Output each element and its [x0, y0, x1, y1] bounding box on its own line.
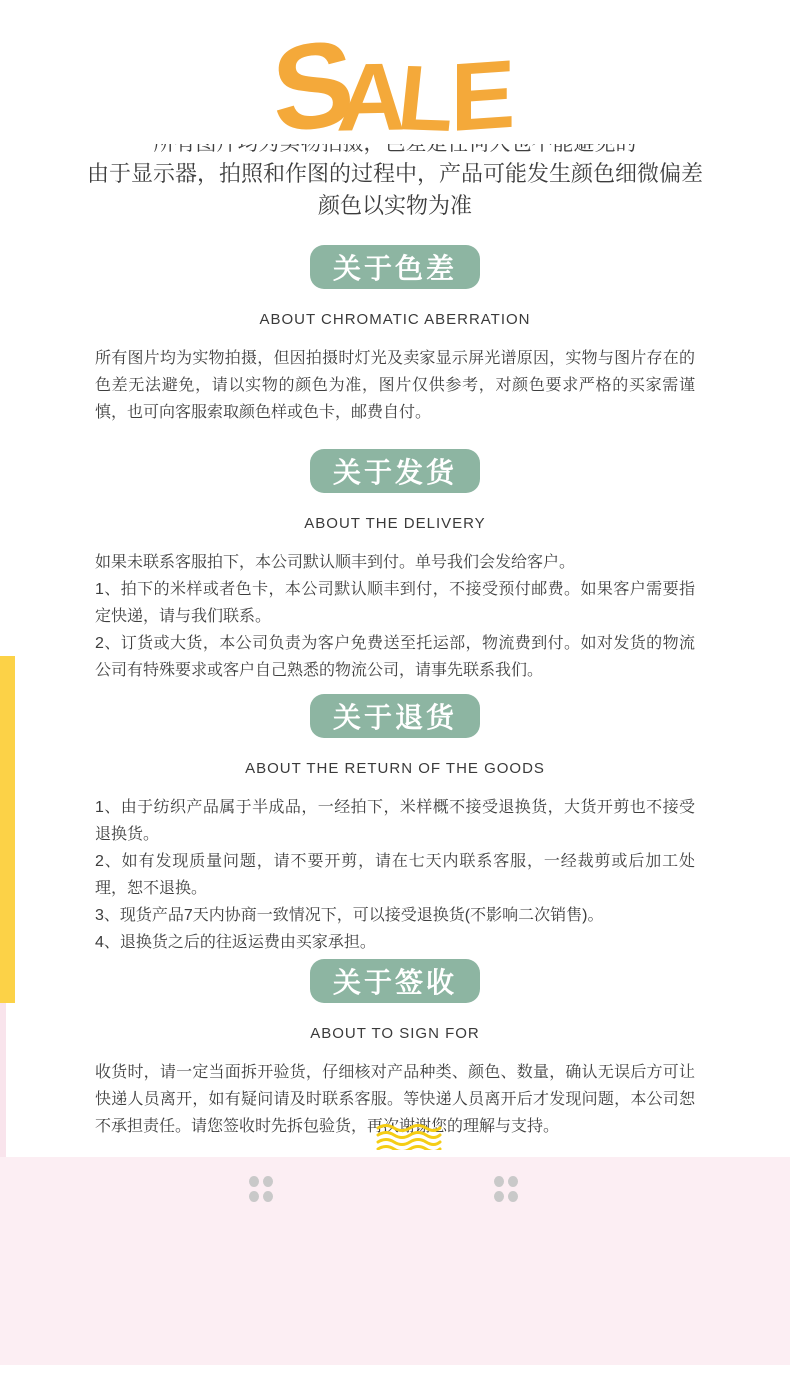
section-body: 所有图片均为实物拍摄，但因拍摄时灯光及卖家显示屏光谱原因，实物与图片存在的色差无…	[95, 345, 695, 426]
section-subtitle: ABOUT CHROMATIC ABERRATION	[0, 311, 790, 328]
dot-grid-pattern	[494, 1176, 518, 1202]
paragraph: 所有图片均为实物拍摄，但因拍摄时灯光及卖家显示屏光谱原因，实物与图片存在的色差无…	[95, 345, 695, 426]
section-title-pill: 关于发货	[310, 449, 480, 493]
sale-letter-s: S	[270, 28, 357, 144]
sale-letter-e: E	[451, 50, 516, 140]
section-delivery: 关于发货 ABOUT THE DELIVERY 如果未联系客服拍下，本公司默认顺…	[0, 449, 790, 684]
section-subtitle: ABOUT THE DELIVERY	[0, 515, 790, 532]
intro-line-sub: 颜色以实物为准	[0, 192, 790, 220]
paragraph: 4、退换货之后的往返运费由买家承担。	[95, 929, 695, 956]
section-return: 关于退货 ABOUT THE RETURN OF THE GOODS 1、由于纺…	[0, 694, 790, 956]
paragraph: 2、订货或大货，本公司负责为客户免费送至托运部，物流费到付。如对发货的物流公司有…	[95, 630, 695, 684]
paragraph: 2、如有发现质量问题，请不要开剪，请在七天内联系客服，一经裁剪或后加工处理，恕不…	[95, 848, 695, 902]
section-sign-for: 关于签收 ABOUT TO SIGN FOR 收货时，请一定当面拆开验货，仔细核…	[0, 959, 790, 1140]
section-subtitle: ABOUT THE RETURN OF THE GOODS	[0, 760, 790, 777]
section-title-pill: 关于退货	[310, 694, 480, 738]
wavy-lines-icon	[376, 1124, 442, 1150]
sale-letter-a: A	[335, 55, 409, 141]
dot-grid-pattern	[249, 1176, 273, 1202]
section-subtitle: ABOUT TO SIGN FOR	[0, 1025, 790, 1042]
sale-letter-l: L	[394, 58, 459, 141]
footer-pink-band	[0, 1157, 790, 1365]
intro-line-clipped: 所有图片均为实物拍摄，色差是任何人也不能避免的	[0, 131, 790, 157]
sale-logo: S A L E	[0, 16, 790, 140]
intro-line-main: 由于显示器，拍照和作图的过程中，产品可能发生颜色细微偏差	[0, 160, 790, 188]
section-title-pill: 关于色差	[310, 245, 480, 289]
paragraph: 1、由于纺织产品属于半成品，一经拍下，米样概不接受退换货，大货开剪也不接受退换货…	[95, 794, 695, 848]
paragraph: 3、现货产品7天内协商一致情况下，可以接受退换货(不影响二次销售)。	[95, 902, 695, 929]
section-chromatic-aberration: 关于色差 ABOUT CHROMATIC ABERRATION 所有图片均为实物…	[0, 245, 790, 426]
section-title-pill: 关于签收	[310, 959, 480, 1003]
paragraph: 如果未联系客服拍下，本公司默认顺丰到付。单号我们会发给客户。	[95, 549, 695, 576]
section-body: 如果未联系客服拍下，本公司默认顺丰到付。单号我们会发给客户。 1、拍下的米样或者…	[95, 549, 695, 684]
page-edge-ribbon-pink	[0, 1003, 6, 1157]
section-body: 1、由于纺织产品属于半成品，一经拍下，米样概不接受退换货，大货开剪也不接受退换货…	[95, 794, 695, 956]
page-edge-ribbon-yellow	[0, 656, 15, 1003]
paragraph: 1、拍下的米样或者色卡，本公司默认顺丰到付，不接受预付邮费。如果客户需要指定快递…	[95, 576, 695, 630]
